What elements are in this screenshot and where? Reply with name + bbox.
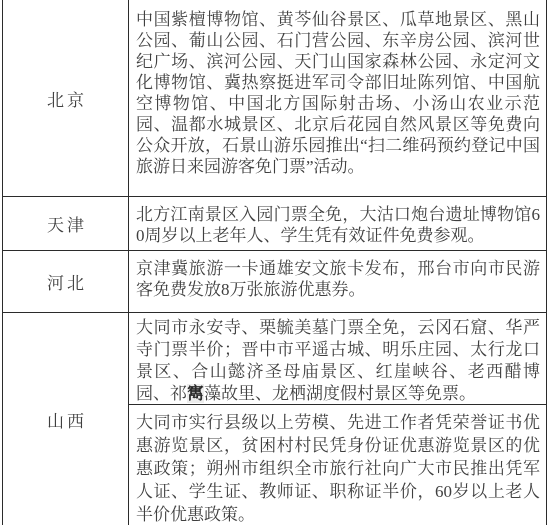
region-label-tianjin: 天津 — [44, 211, 87, 236]
policy-cell-hebei: 京津冀旅游一卡通雄安文旅卡发布，邢台市向市民游客免费发放8万张旅游优惠券。 — [129, 251, 546, 312]
region-label-shanxi: 山西 — [44, 407, 87, 432]
policy-subcell-shanxi-1: 大同市永安寺、栗毓美墓门票全免，云冈石窟、华严寺门票半价；晋中市平遥古城、明乐庄… — [129, 313, 546, 405]
policy-cell-tianjin: 北方江南景区入园门票全免，大沽口炮台遗址博物馆60周岁以上老年人、学生凭有效证件… — [129, 197, 546, 250]
policy-cell-shanxi: 大同市永安寺、栗毓美墓门票全免，云冈石窟、华严寺门票半价；晋中市平遥古城、明乐庄… — [129, 313, 546, 525]
region-cell-beijing: 北京 — [3, 0, 129, 196]
region-label-hebei: 河北 — [44, 269, 87, 294]
policy-subcell-shanxi-2: 大同市实行县级以上劳模、先进工作者凭荣誉证书优惠游览景区，贫困村村民凭身份证优惠… — [129, 405, 546, 525]
region-cell-tianjin: 天津 — [3, 197, 129, 250]
policy-text-beijing: 中国紫檀博物馆、黄芩仙谷景区、瓜草地景区、黑山公园、葡山公园、石门营公园、东辛房… — [129, 0, 546, 177]
tourism-policy-table: 北京 中国紫檀博物馆、黄芩仙谷景区、瓜草地景区、黑山公园、葡山公园、石门营公园、… — [2, 0, 547, 525]
table-row-beijing: 北京 中国紫檀博物馆、黄芩仙谷景区、瓜草地景区、黑山公园、葡山公园、石门营公园、… — [3, 0, 546, 196]
region-cell-shanxi: 山西 — [3, 313, 129, 525]
table-row-hebei: 河北 京津冀旅游一卡通雄安文旅卡发布，邢台市向市民游客免费发放8万张旅游优惠券。 — [3, 250, 546, 312]
region-cell-hebei: 河北 — [3, 251, 129, 312]
policy-text-hebei: 京津冀旅游一卡通雄安文旅卡发布，邢台市向市民游客免费发放8万张旅游优惠券。 — [129, 251, 546, 300]
page-canvas: 北京 中国紫檀博物馆、黄芩仙谷景区、瓜草地景区、黑山公园、葡山公园、石门营公园、… — [0, 0, 551, 525]
policy-cell-beijing: 中国紫檀博物馆、黄芩仙谷景区、瓜草地景区、黑山公园、葡山公园、石门营公园、东辛房… — [129, 0, 546, 196]
table-row-shanxi: 山西 大同市永安寺、栗毓美墓门票全免，云冈石窟、华严寺门票半价；晋中市平遥古城、… — [3, 312, 546, 525]
policy-text-shanxi-1: 大同市永安寺、栗毓美墓门票全免，云冈石窟、华严寺门票半价；晋中市平遥古城、明乐庄… — [129, 313, 546, 405]
policy-text-shanxi-2: 大同市实行县级以上劳模、先进工作者凭荣誉证书优惠游览景区，贫困村村民凭身份证优惠… — [129, 405, 546, 525]
policy-text-tianjin: 北方江南景区入园门票全免，大沽口炮台遗址博物馆60周岁以上老年人、学生凭有效证件… — [129, 197, 546, 246]
table-row-tianjin: 天津 北方江南景区入园门票全免，大沽口炮台遗址博物馆60周岁以上老年人、学生凭有… — [3, 196, 546, 250]
rare-glyph-jun: 寯 — [187, 384, 204, 403]
region-label-beijing: 北京 — [44, 86, 87, 111]
